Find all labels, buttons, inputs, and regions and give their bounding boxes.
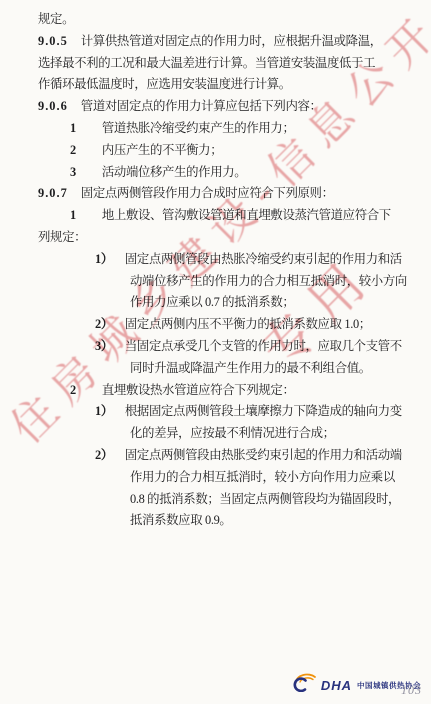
sub-item-number: 2）: [95, 448, 113, 462]
document-line: 1）根据固定点两侧管段土壤摩擦力下降造成的轴向力变: [38, 401, 410, 423]
document-line: 规定。: [38, 9, 410, 31]
line-text: 规定。: [38, 12, 74, 26]
document-line: 0.8 的抵消系数；当固定点两侧管段均为锚固段时，: [38, 489, 410, 511]
line-text: 管道对固定点的作用力计算应包括下列内容：: [81, 99, 322, 113]
document-line: 同时升温或降温产生作用力的最不利组合值。: [38, 358, 410, 380]
line-text: 0.8 的抵消系数；当固定点两侧管段均为锚固段时，: [130, 492, 400, 506]
sub-item-number: 2）: [95, 317, 113, 331]
line-text: 固定点两侧内压不平衡力的抵消系数应取 1.0；: [125, 317, 371, 331]
line-text: 选择最不利的工况和最大温差进行计算。当管道安装温度低于工: [38, 56, 375, 70]
document-line: 9.0.6管道对固定点的作用力计算应包括下列内容：: [38, 96, 410, 118]
document-line: 作用力的合力相互抵消时，较小方向作用力应乘以: [38, 467, 410, 489]
document-page: 规定。 9.0.5计算供热管道对固定点的作用力时，应根据升温或降温， 选择最不利…: [0, 0, 431, 704]
document-line: 3）当固定点承受几个支管的作用力时，应取几个支管不: [38, 336, 410, 358]
clause-number: 9.0.5: [38, 34, 68, 48]
page-number: 103: [401, 683, 422, 698]
sub-item-number: 1）: [95, 404, 113, 418]
line-text: 作用力的合力相互抵消时，较小方向作用力应乘以: [130, 470, 395, 484]
item-number: 1: [70, 121, 76, 135]
line-text: 列规定：: [38, 230, 86, 244]
line-text: 同时升温或降温产生作用力的最不利组合值。: [130, 361, 371, 375]
line-text: 计算供热管道对固定点的作用力时，应根据升温或降温，: [81, 34, 382, 48]
document-line: 2直埋敷设热水管道应符合下列规定：: [38, 380, 410, 402]
document-line: 动端位移产生的作用力的合力相互抵消时，较小方向: [38, 271, 410, 293]
line-text: 活动端位移产生的作用力。: [102, 165, 247, 179]
line-text: 地上敷设、管沟敷设管道和直埋敷设蒸汽管道应符合下: [102, 208, 391, 222]
item-number: 1: [70, 208, 76, 222]
line-text: 直埋敷设热水管道应符合下列规定：: [102, 383, 295, 397]
document-line: 作循环最低温度时，应选用安装温度进行计算。: [38, 74, 410, 96]
line-text: 作用力应乘以 0.7 的抵消系数；: [130, 295, 294, 309]
document-line: 列规定：: [38, 227, 410, 249]
line-text: 固定点两侧管段由热胀冷缩受约束引起的作用力和活: [125, 252, 402, 266]
document-line: 2内压产生的不平衡力；: [38, 140, 410, 162]
clause-number: 9.0.6: [38, 99, 68, 113]
document-line: 9.0.5计算供热管道对固定点的作用力时，应根据升温或降温，: [38, 31, 410, 53]
document-line: 1管道热胀冷缩受约束产生的作用力；: [38, 118, 410, 140]
line-text: 当固定点承受几个支管的作用力时，应取几个支管不: [125, 339, 402, 353]
line-text: 固定点两侧管段由热胀受约束引起的作用力和活动端: [125, 448, 402, 462]
item-number: 3: [70, 165, 76, 179]
document-line: 2）固定点两侧管段由热胀受约束引起的作用力和活动端: [38, 445, 410, 467]
line-text: 内压产生的不平衡力；: [102, 143, 222, 157]
document-body: 规定。 9.0.5计算供热管道对固定点的作用力时，应根据升温或降温， 选择最不利…: [38, 9, 410, 532]
document-line: 1地上敷设、管沟敷设管道和直埋敷设蒸汽管道应符合下: [38, 205, 410, 227]
sub-item-number: 3）: [95, 339, 113, 353]
document-line: 2）固定点两侧内压不平衡力的抵消系数应取 1.0；: [38, 314, 410, 336]
document-line: 抵消系数应取 0.9。: [38, 510, 410, 532]
document-line: 化的差异，应按最不利情况进行合成；: [38, 423, 410, 445]
document-line: 9.0.7固定点两侧管段作用力合成时应符合下列原则：: [38, 183, 410, 205]
document-line: 作用力应乘以 0.7 的抵消系数；: [38, 292, 410, 314]
document-line: 选择最不利的工况和最大温差进行计算。当管道安装温度低于工: [38, 53, 410, 75]
line-text: 化的差异，应按最不利情况进行合成；: [130, 426, 335, 440]
line-text: 管道热胀冷缩受约束产生的作用力；: [102, 121, 295, 135]
document-line: 1）固定点两侧管段由热胀冷缩受约束引起的作用力和活: [38, 249, 410, 271]
document-line: 3活动端位移产生的作用力。: [38, 162, 410, 184]
clause-number: 9.0.7: [38, 186, 68, 200]
item-number: 2: [70, 383, 76, 397]
line-text: 根据固定点两侧管段土壤摩擦力下降造成的轴向力变: [125, 404, 402, 418]
item-number: 2: [70, 143, 76, 157]
logo-acronym: DHA: [321, 678, 352, 693]
line-text: 抵消系数应取 0.9。: [130, 513, 231, 527]
sub-item-number: 1）: [95, 252, 113, 266]
line-text: 动端位移产生的作用力的合力相互抵消时，较小方向: [130, 274, 407, 288]
line-text: 作循环最低温度时，应选用安装温度进行计算。: [38, 77, 291, 91]
line-text: 固定点两侧管段作用力合成时应符合下列原则：: [81, 186, 334, 200]
logo-swoosh-icon: [293, 673, 319, 697]
